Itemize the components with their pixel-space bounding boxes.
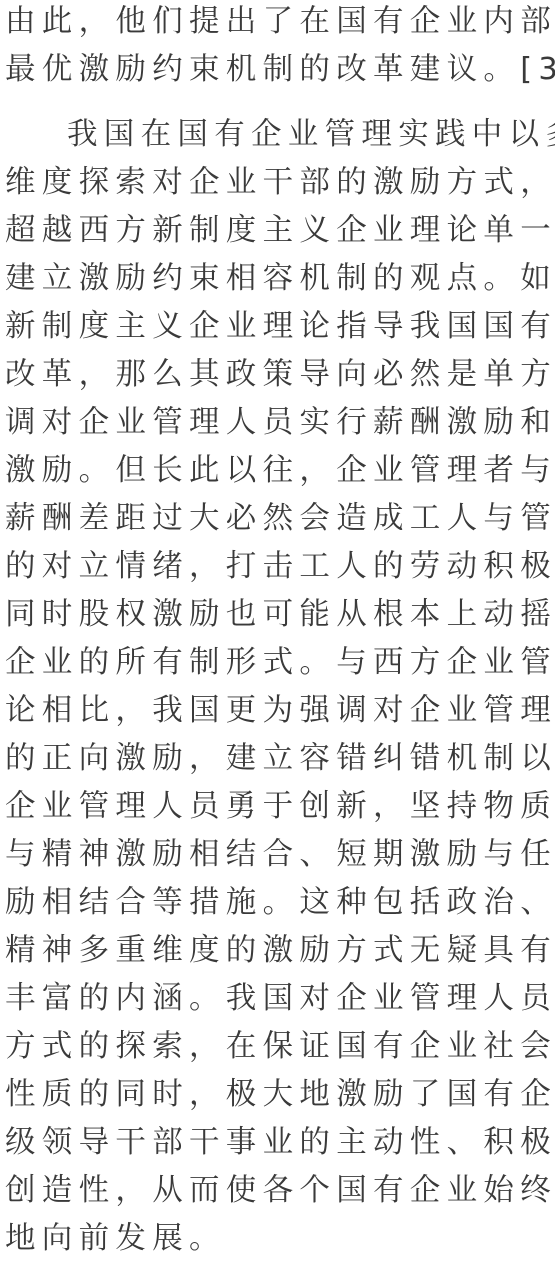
text-line: 激励。但长此以往，企业管理者与工人 (5, 449, 555, 493)
text-line: 企业的所有制形式。与西方企业管理理 (5, 641, 555, 685)
text-line: 建立激励约束相容机制的观点。如果以 (5, 257, 555, 301)
text-line: 同时股权激励也可能从根本上动摇国有 (5, 593, 555, 637)
text-line: 薪酬差距过大必然会造成工人与管理者 (5, 497, 555, 541)
text-line: 方式的探索，在保证国有企业社会主义 (5, 1025, 555, 1069)
text-line: 级领导干部干事业的主动性、积极性和 (5, 1121, 555, 1165)
text-line: 维度探索对企业干部的激励方式，从而 (5, 161, 555, 205)
text-line: 调对企业管理人员实行薪酬激励和股权 (5, 401, 555, 445)
text-line: 改革，那么其政策导向必然是单方面强 (5, 353, 555, 397)
text-line: 论相比，我国更为强调对企业管理人员 (5, 689, 555, 733)
text-line: 由此，他们提出了在国有企业内部设计 (5, 0, 555, 44)
text-line: 的对立情绪，打击工人的劳动积极性， (5, 545, 555, 589)
text-line: 我国在国有企业管理实践中以多重 (67, 113, 555, 157)
text-line: 超越西方新制度主义企业理论单一强调 (5, 209, 555, 253)
text-line: 创造性，从而使各个国有企业始终稳步 (5, 1169, 555, 1213)
text-line: 最优激励约束机制的改革建议。[32] (5, 48, 555, 92)
text-line: 地向前发展。 (5, 1217, 226, 1261)
text-line: 与精神激励相结合、短期激励与任期激 (5, 833, 555, 877)
text-line: 企业管理人员勇于创新，坚持物质激励 (5, 785, 555, 829)
text-line: 丰富的内涵。我国对企业管理人员激励 (5, 977, 555, 1021)
text-line: 的正向激励，建立容错纠错机制以激励 (5, 737, 555, 781)
text-line: 性质的同时，极大地激励了国有企业各 (5, 1073, 555, 1117)
text-line: 励相结合等措施。这种包括政治、物质、 (5, 881, 555, 925)
text-line: 精神多重维度的激励方式无疑具有更为 (5, 929, 555, 973)
text-line: 新制度主义企业理论指导我国国有企业 (5, 305, 555, 349)
